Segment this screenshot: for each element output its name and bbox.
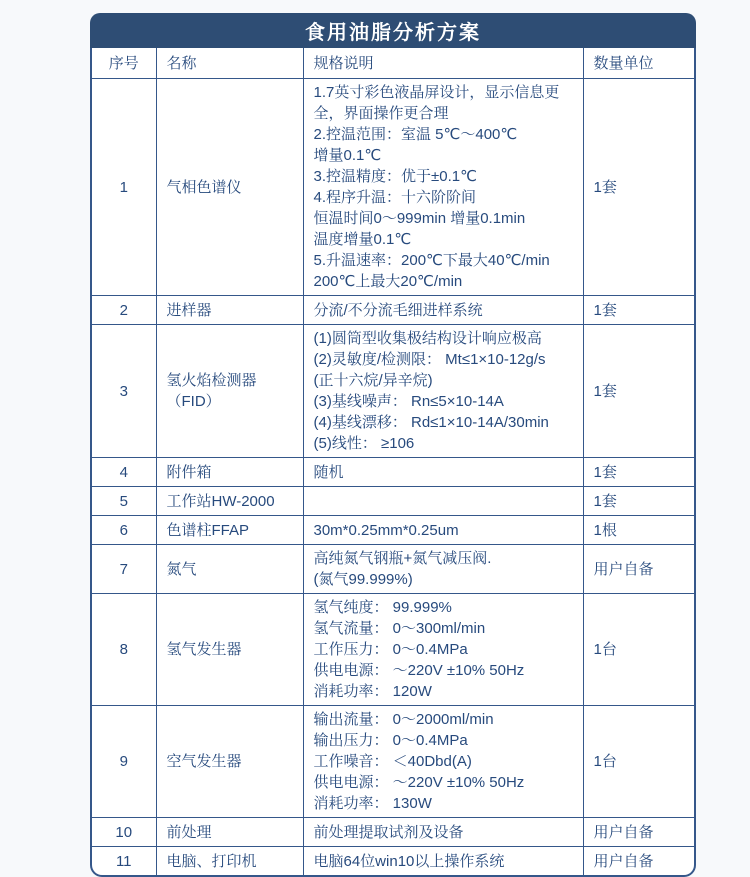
- cell-name: 附件箱: [156, 458, 303, 487]
- table-row: 8 氢气发生器 氢气纯度： 99.999% 氢气流量： 0～300ml/min …: [92, 594, 694, 706]
- cell-name: 氢火焰检测器（FID）: [156, 325, 303, 458]
- spec-table-container: 序号 名称 规格说明 数量单位 1 气相色谱仪 1.7英寸彩色液晶屏设计，显示信…: [90, 48, 696, 877]
- table-row: 3 氢火焰检测器（FID） (1)圆筒型收集极结构设计响应极高 (2)灵敏度/检…: [92, 325, 694, 458]
- table-row: 6 色谱柱FFAP 30m*0.25mm*0.25um 1根: [92, 516, 694, 545]
- cell-qty: 用户自备: [583, 545, 694, 594]
- cell-qty: 1套: [583, 487, 694, 516]
- cell-spec: 氢气纯度： 99.999% 氢气流量： 0～300ml/min 工作压力： 0～…: [303, 594, 583, 706]
- cell-qty: 1台: [583, 706, 694, 818]
- cell-qty: 1套: [583, 458, 694, 487]
- cell-qty: 1台: [583, 594, 694, 706]
- table-row: 11 电脑、打印机 电脑64位win10以上操作系统 用户自备: [92, 847, 694, 876]
- cell-spec: 1.7英寸彩色液晶屏设计，显示信息更 全，界面操作更合理 2.控温范围：室温 5…: [303, 79, 583, 296]
- header-row: 序号 名称 规格说明 数量单位: [92, 48, 694, 79]
- table-row: 7 氮气 高纯氮气钢瓶+氮气减压阀. (氮气99.999%) 用户自备: [92, 545, 694, 594]
- table-row: 9 空气发生器 输出流量： 0～2000ml/min 输出压力： 0～0.4MP…: [92, 706, 694, 818]
- cell-name: 色谱柱FFAP: [156, 516, 303, 545]
- cell-spec: (1)圆筒型收集极结构设计响应极高 (2)灵敏度/检测限： Mt≤1×10-12…: [303, 325, 583, 458]
- cell-no: 11: [92, 847, 156, 876]
- cell-no: 3: [92, 325, 156, 458]
- col-header-qty: 数量单位: [583, 48, 694, 79]
- spec-sheet: 食用油脂分析方案 序号 名称 规格说明 数量单位 1 气相色谱仪 1.7英寸彩色…: [90, 13, 696, 877]
- table-row: 5 工作站HW-2000 1套: [92, 487, 694, 516]
- cell-name: 工作站HW-2000: [156, 487, 303, 516]
- cell-qty: 用户自备: [583, 847, 694, 876]
- cell-no: 10: [92, 818, 156, 847]
- page-title: 食用油脂分析方案: [90, 13, 696, 48]
- cell-name: 氮气: [156, 545, 303, 594]
- cell-no: 1: [92, 79, 156, 296]
- cell-no: 8: [92, 594, 156, 706]
- cell-spec: 高纯氮气钢瓶+氮气减压阀. (氮气99.999%): [303, 545, 583, 594]
- table-row: 4 附件箱 随机 1套: [92, 458, 694, 487]
- cell-no: 9: [92, 706, 156, 818]
- col-header-spec: 规格说明: [303, 48, 583, 79]
- cell-name: 空气发生器: [156, 706, 303, 818]
- cell-name: 氢气发生器: [156, 594, 303, 706]
- cell-spec: 随机: [303, 458, 583, 487]
- table-row: 10 前处理 前处理提取试剂及设备 用户自备: [92, 818, 694, 847]
- cell-name: 前处理: [156, 818, 303, 847]
- table-row: 2 进样器 分流/不分流毛细进样系统 1套: [92, 296, 694, 325]
- cell-spec: 前处理提取试剂及设备: [303, 818, 583, 847]
- cell-qty: 1套: [583, 296, 694, 325]
- cell-name: 进样器: [156, 296, 303, 325]
- cell-qty: 1根: [583, 516, 694, 545]
- cell-spec: 输出流量： 0～2000ml/min 输出压力： 0～0.4MPa 工作噪音： …: [303, 706, 583, 818]
- cell-no: 7: [92, 545, 156, 594]
- cell-no: 4: [92, 458, 156, 487]
- cell-no: 2: [92, 296, 156, 325]
- table-row: 1 气相色谱仪 1.7英寸彩色液晶屏设计，显示信息更 全，界面操作更合理 2.控…: [92, 79, 694, 296]
- cell-name: 气相色谱仪: [156, 79, 303, 296]
- cell-qty: 1套: [583, 79, 694, 296]
- col-header-name: 名称: [156, 48, 303, 79]
- col-header-no: 序号: [92, 48, 156, 79]
- cell-spec: 电脑64位win10以上操作系统: [303, 847, 583, 876]
- spec-table: 序号 名称 规格说明 数量单位 1 气相色谱仪 1.7英寸彩色液晶屏设计，显示信…: [92, 48, 694, 875]
- cell-spec: 30m*0.25mm*0.25um: [303, 516, 583, 545]
- cell-qty: 用户自备: [583, 818, 694, 847]
- cell-spec: 分流/不分流毛细进样系统: [303, 296, 583, 325]
- cell-name: 电脑、打印机: [156, 847, 303, 876]
- cell-no: 5: [92, 487, 156, 516]
- cell-no: 6: [92, 516, 156, 545]
- cell-spec: [303, 487, 583, 516]
- cell-qty: 1套: [583, 325, 694, 458]
